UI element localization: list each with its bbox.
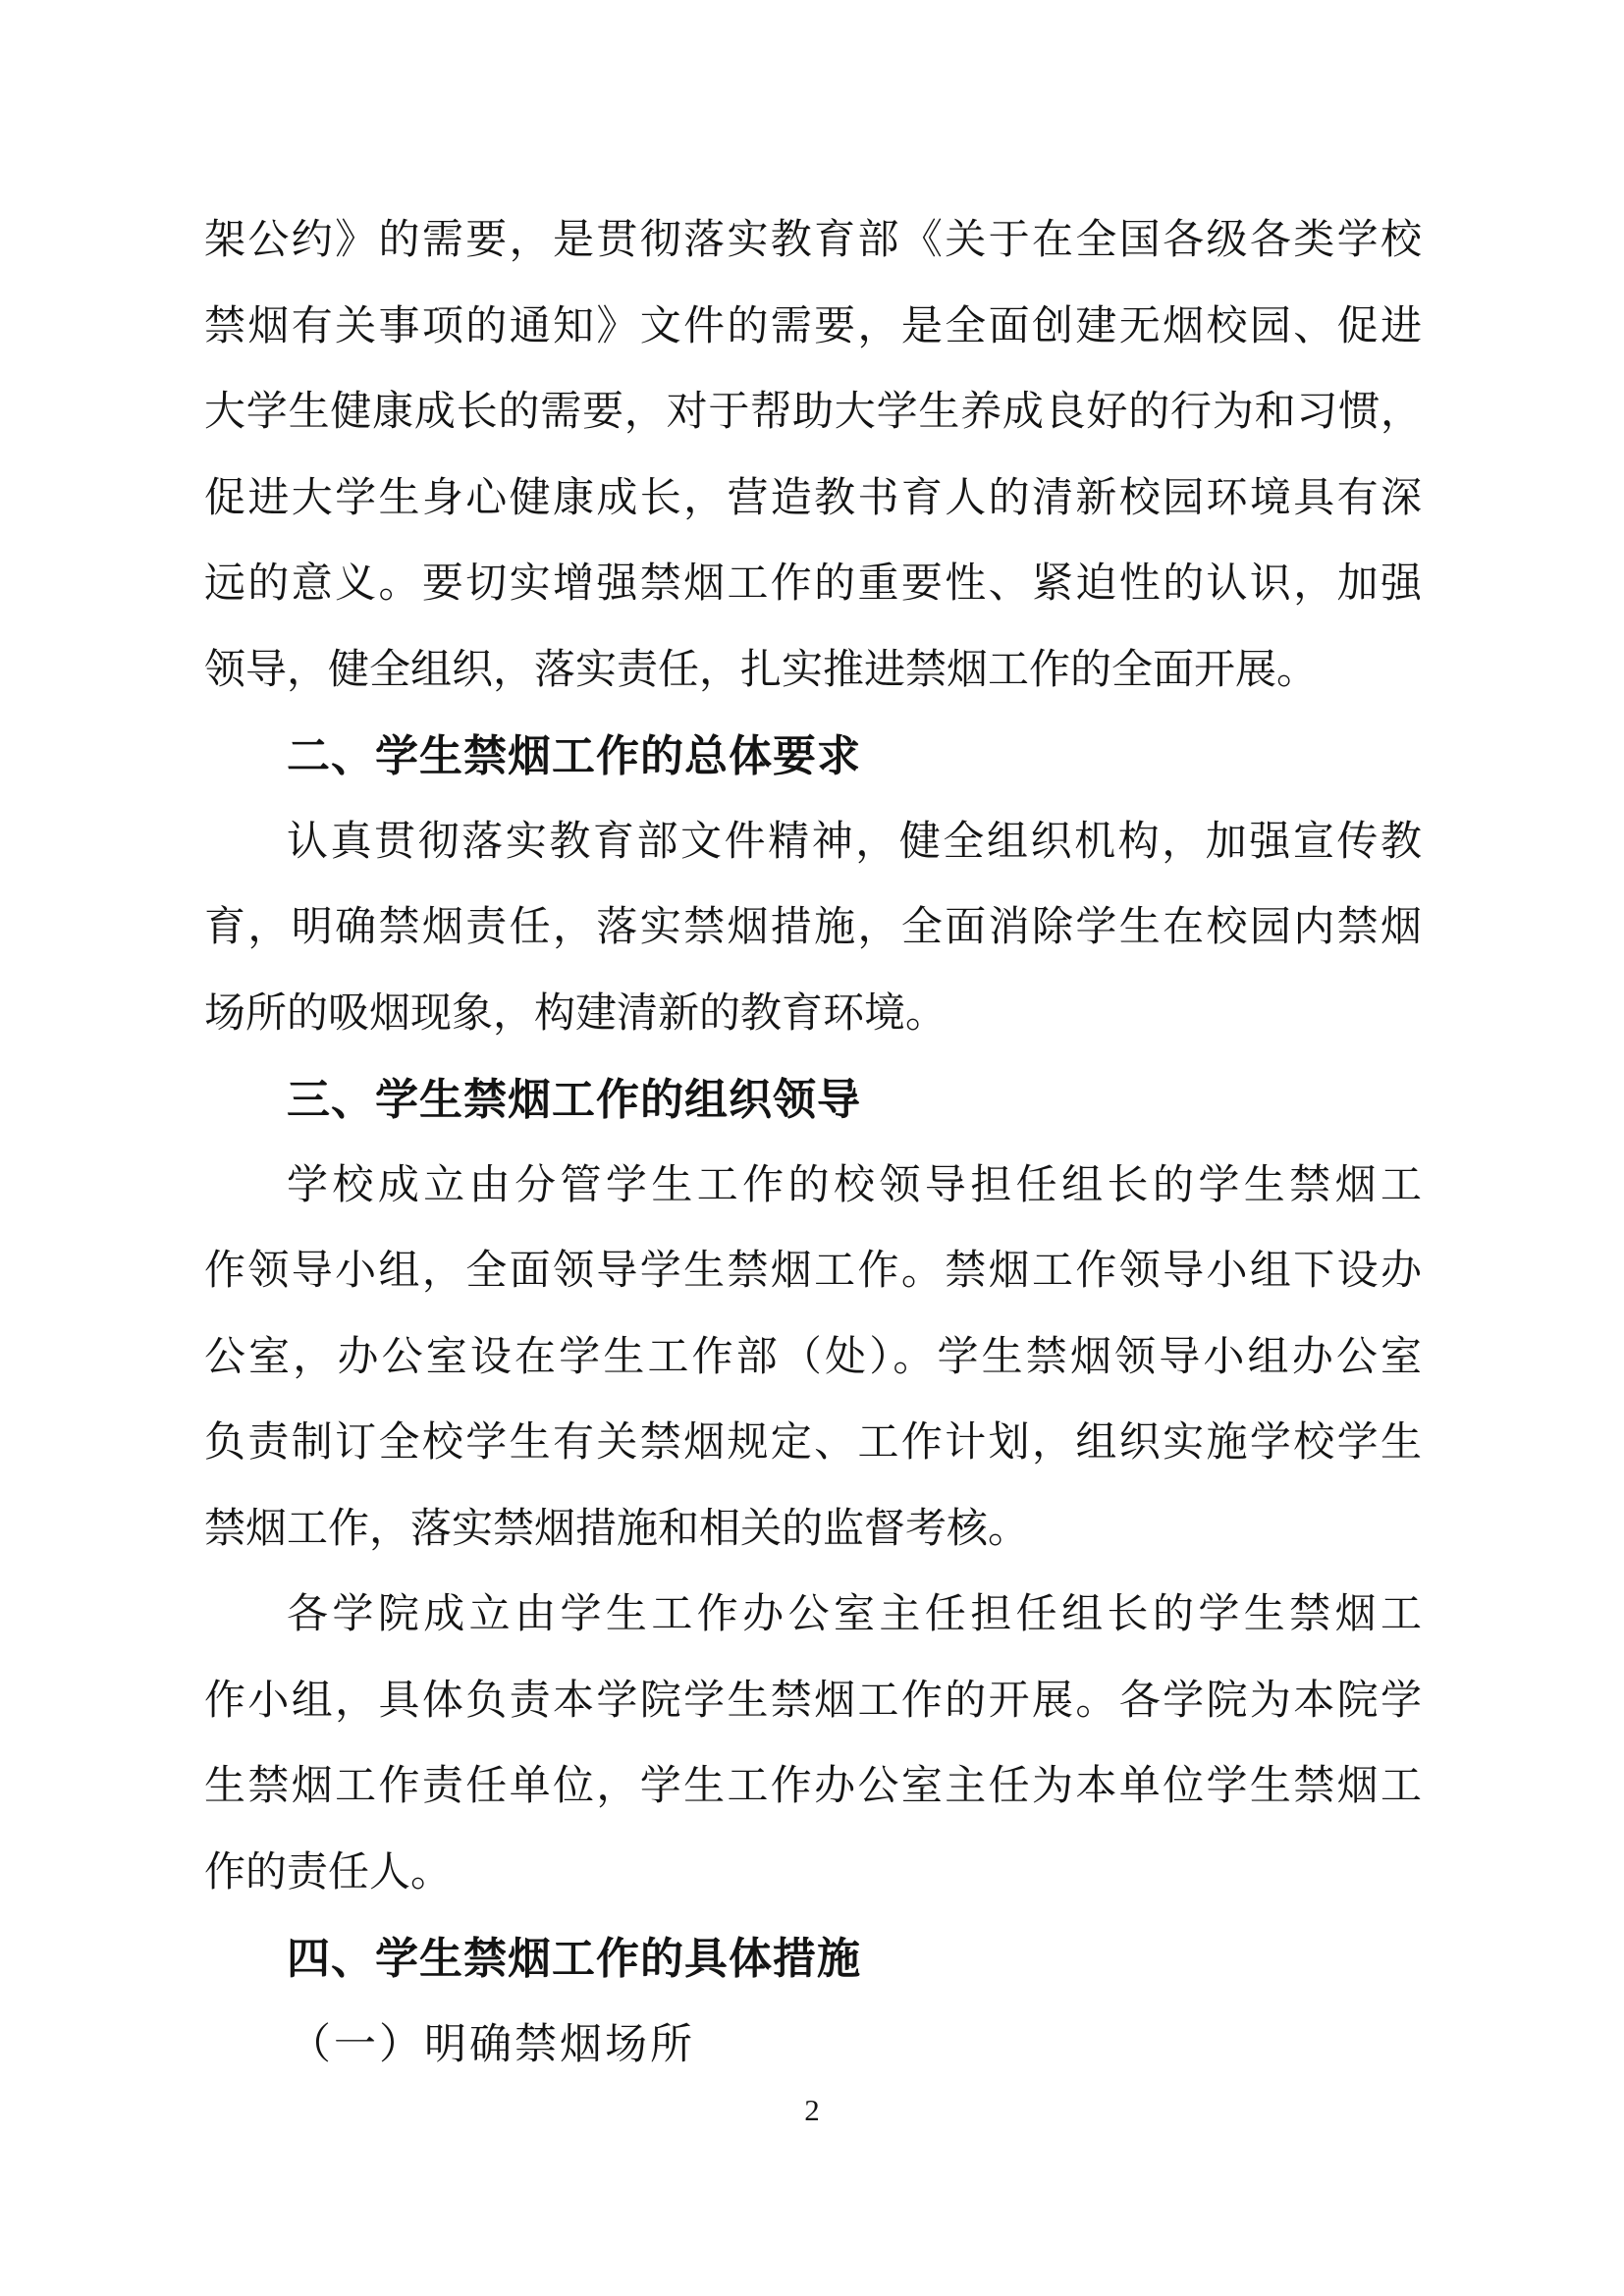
document-text: 架公约》的需要，是贯彻落实教育部《关于在全国各级各类学校禁烟有关事项的通知》文件… — [204, 198, 1422, 2088]
body-text-line: 作领导小组，全面领导学生禁烟工作。禁烟工作领导小组下设办 — [204, 1229, 1422, 1315]
body-text-line: 生禁烟工作责任单位，学生工作办公室主任为本单位学生禁烟工 — [204, 1744, 1422, 1831]
section-heading: 三、学生禁烟工作的组织领导 — [204, 1057, 1422, 1144]
document-page: 架公约》的需要，是贯彻落实教育部《关于在全国各级各类学校禁烟有关事项的通知》文件… — [0, 0, 1624, 2296]
body-text-line: 作小组，具体负责本学院学生禁烟工作的开展。各学院为本院学 — [204, 1659, 1422, 1745]
body-text-line: 禁烟有关事项的通知》文件的需要，是全面创建无烟校园、促进 — [204, 285, 1422, 371]
body-text-line: 学校成立由分管学生工作的校领导担任组长的学生禁烟工 — [204, 1144, 1422, 1230]
body-text-line: 场所的吸烟现象，构建清新的教育环境。 — [204, 972, 1422, 1058]
body-text-line: 作的责任人。 — [204, 1831, 1422, 1917]
body-text-line: 架公约》的需要，是贯彻落实教育部《关于在全国各级各类学校 — [204, 198, 1422, 285]
body-text-line: 远的意义。要切实增强禁烟工作的重要性、紧迫性的认识，加强 — [204, 542, 1422, 628]
page-number: 2 — [0, 2093, 1624, 2128]
section-heading: 二、学生禁烟工作的总体要求 — [204, 714, 1422, 800]
body-text-line: 负责制订全校学生有关禁烟规定、工作计划，组织实施学校学生 — [204, 1401, 1422, 1487]
body-text-line: 各学院成立由学生工作办公室主任担任组长的学生禁烟工 — [204, 1573, 1422, 1659]
body-text-line: 育，明确禁烟责任，落实禁烟措施，全面消除学生在校园内禁烟 — [204, 885, 1422, 972]
body-text-line: 大学生健康成长的需要，对于帮助大学生养成良好的行为和习惯， — [204, 370, 1422, 456]
sub-heading: （一）明确禁烟场所 — [204, 2002, 1422, 2089]
body-text-line: 认真贯彻落实教育部文件精神，健全组织机构，加强宣传教 — [204, 800, 1422, 886]
body-text-line: 促进大学生身心健康成长，营造教书育人的清新校园环境具有深 — [204, 456, 1422, 543]
body-text-line: 公室，办公室设在学生工作部（处）。学生禁烟领导小组办公室 — [204, 1315, 1422, 1402]
body-text-line: 领导，健全组织，落实责任，扎实推进禁烟工作的全面开展。 — [204, 628, 1422, 715]
body-text-line: 禁烟工作，落实禁烟措施和相关的监督考核。 — [204, 1487, 1422, 1574]
section-heading: 四、学生禁烟工作的具体措施 — [204, 1916, 1422, 2002]
